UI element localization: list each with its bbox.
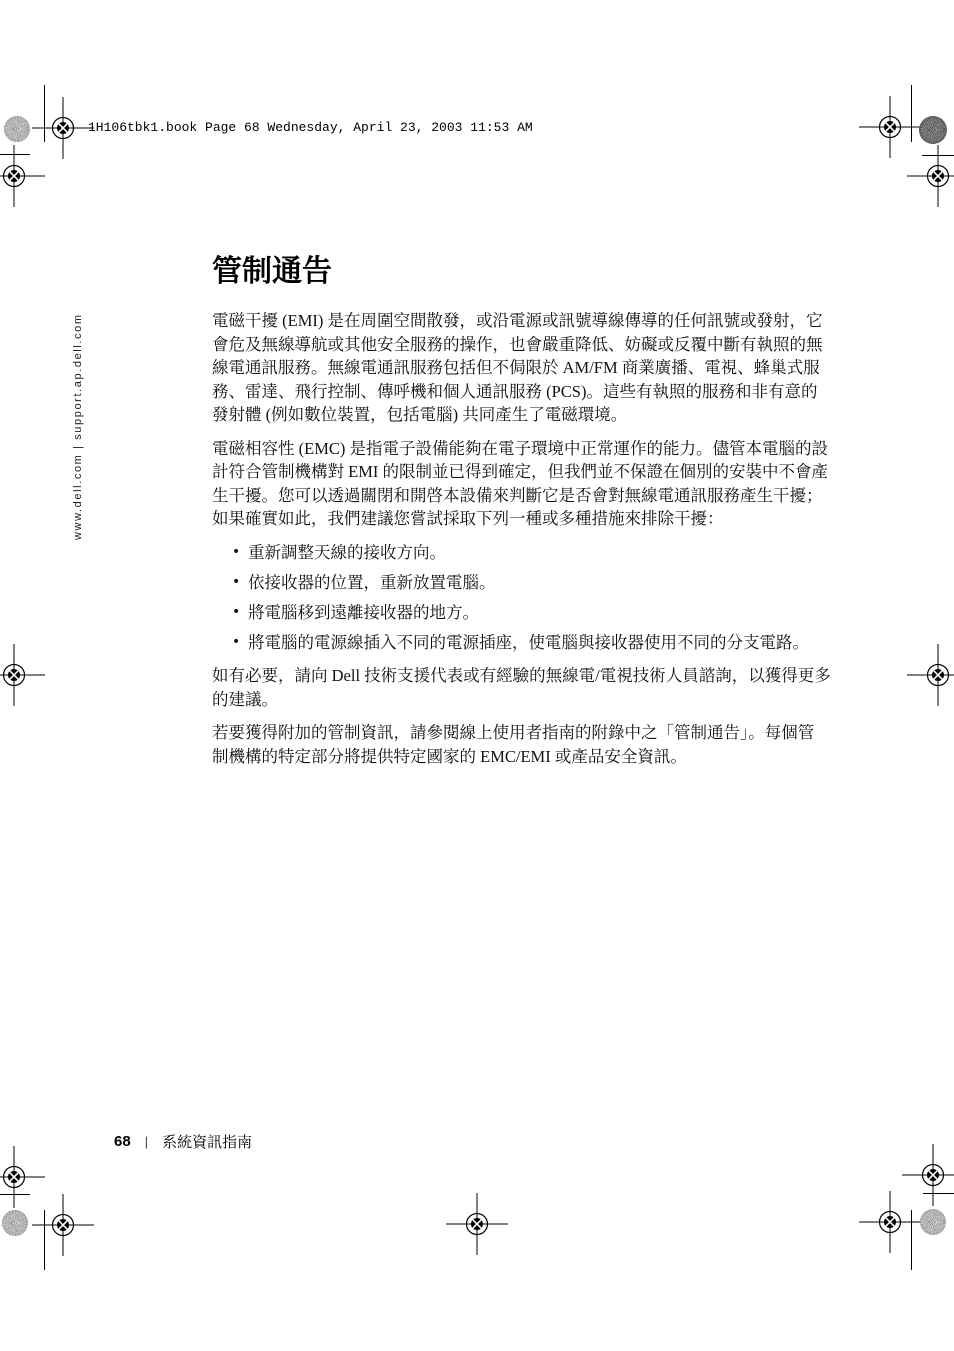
crop-mark [44, 1210, 45, 1270]
book-header-line: 1H106tbk1.book Page 68 Wednesday, April … [88, 120, 533, 135]
body-paragraph-emi: 電磁干擾 (EMI) 是在周圍空間散發，或沿電源或訊號導線傳導的任何訊號或發射，… [212, 309, 844, 427]
bullet-item: 將電腦的電源線插入不同的電源插座，使電腦與接收器使用不同的分支電路。 [212, 631, 844, 655]
registration-mark-icon [0, 144, 46, 208]
body-paragraph-emc: 電磁相容性 (EMC) 是指電子設備能夠在電子環境中正常運作的能力。儘管本電腦的… [212, 437, 844, 531]
body-paragraph-dell-support: 如有必要，請向 Dell 技術支援代表或有經驗的無線電/電視技術人員諮詢，以獲得… [212, 664, 844, 711]
starburst-target-icon [4, 116, 30, 142]
starburst-target-icon [919, 116, 947, 144]
registration-mark-icon [858, 95, 922, 159]
registration-mark-icon [31, 1193, 95, 1257]
url-sidebar-vertical-text: www.dell.com | support.ap.dell.com [72, 266, 84, 540]
crop-mark [911, 1210, 912, 1270]
body-paragraph-more-info: 若要獲得附加的管制資訊，請參閱線上使用者指南的附錄中之「管制通告」。每個管 制機… [212, 721, 844, 768]
crop-mark [923, 1193, 954, 1194]
crop-mark [922, 155, 954, 156]
starburst-target-icon [2, 1210, 28, 1236]
registration-mark-icon [906, 144, 954, 208]
bullet-item: 依接收器的位置，重新放置電腦。 [212, 571, 844, 595]
bullet-item: 重新調整天線的接收方向。 [212, 541, 844, 565]
registration-mark-icon [31, 96, 95, 160]
registration-mark-icon [0, 1145, 46, 1209]
bullet-list: 重新調整天線的接收方向。 依接收器的位置，重新放置電腦。 將電腦移到遠離接收器的… [212, 541, 844, 655]
registration-mark-icon [445, 1192, 509, 1256]
registration-mark-icon [906, 643, 954, 707]
registration-mark-icon [858, 1190, 922, 1254]
registration-mark-icon [901, 1143, 954, 1207]
document-page: 1H106tbk1.book Page 68 Wednesday, April … [0, 0, 954, 1351]
crop-mark [0, 1194, 30, 1195]
page-title: 管制通告 [212, 257, 844, 287]
bullet-item: 將電腦移到遠離接收器的地方。 [212, 601, 844, 625]
main-content: 管制通告 電磁干擾 (EMI) 是在周圍空間散發，或沿電源或訊號導線傳導的任何訊… [212, 257, 844, 778]
registration-mark-icon [0, 643, 46, 707]
footer-separator: | [145, 1134, 148, 1149]
crop-mark [44, 85, 45, 142]
page-footer: 68 | 系統資訊指南 [114, 1131, 252, 1152]
footer-doc-title: 系統資訊指南 [162, 1131, 252, 1152]
crop-mark [0, 154, 30, 155]
crop-mark [911, 85, 912, 142]
starburst-target-icon [920, 1209, 946, 1235]
page-number: 68 [114, 1133, 131, 1150]
